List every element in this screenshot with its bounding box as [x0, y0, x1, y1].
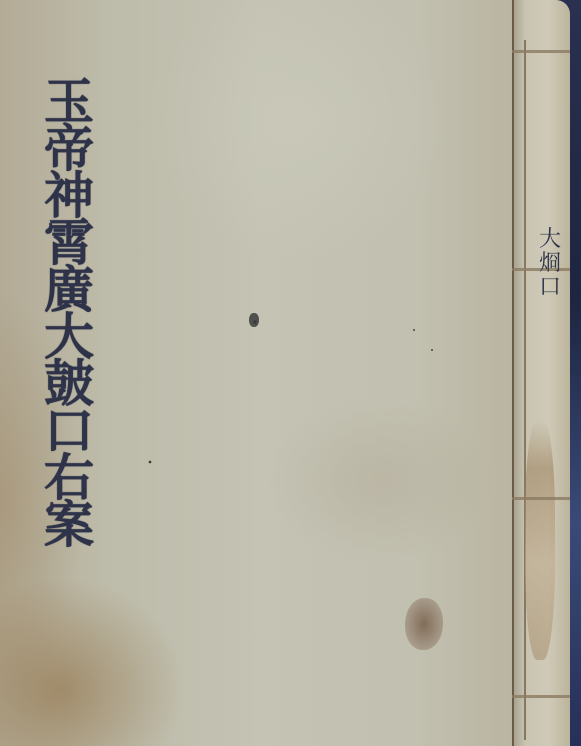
water-stain — [405, 598, 443, 650]
spine-label-char: 口 — [539, 276, 561, 300]
ink-blot — [249, 313, 259, 327]
title-char: 案 — [44, 501, 94, 548]
binding-thread — [512, 497, 570, 500]
spine-label: 大 烱 口 — [532, 228, 568, 300]
title-char: 右 — [44, 454, 94, 501]
book-cover: 玉 帝 神 霄 廣 大 皷 口 右 案 — [0, 0, 520, 746]
book-photo: 玉 帝 神 霄 廣 大 皷 口 右 案 大 烱 口 — [0, 0, 581, 746]
spine-label-char: 烱 — [539, 252, 561, 276]
binding-thread — [512, 50, 570, 53]
title-char: 帝 — [44, 125, 94, 172]
cover-title: 玉 帝 神 霄 廣 大 皷 口 右 案 — [34, 78, 104, 548]
title-char: 神 — [44, 172, 94, 219]
title-char: 皷 — [44, 360, 94, 407]
binding-thread — [512, 695, 570, 698]
spine-fold-line — [524, 40, 526, 740]
spine-label-char: 大 — [539, 228, 561, 252]
title-char: 玉 — [44, 78, 94, 125]
title-char: 廣 — [44, 266, 94, 313]
spine-tear — [525, 420, 555, 660]
title-char: 口 — [44, 407, 94, 454]
title-char: 大 — [44, 313, 94, 360]
title-char: 霄 — [44, 219, 94, 266]
